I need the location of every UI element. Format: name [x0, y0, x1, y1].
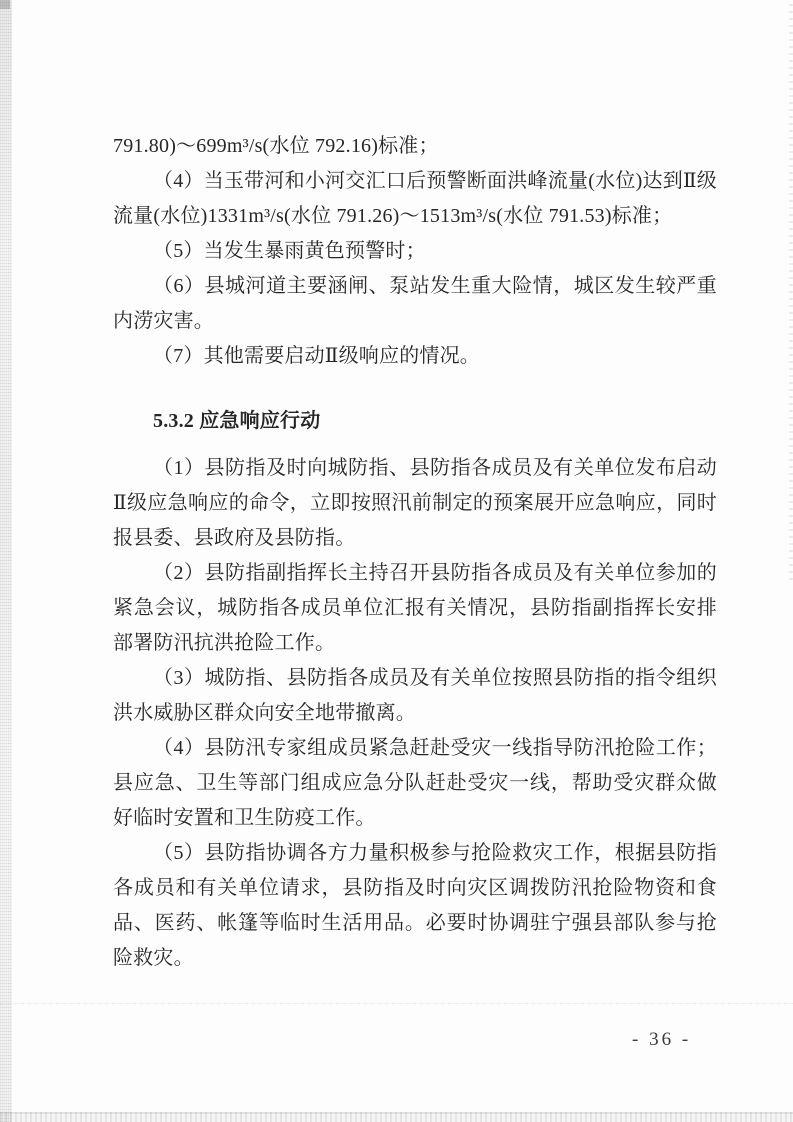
clause-7: （7）其他需要启动Ⅱ级响应的情况。 [113, 339, 717, 374]
page-number: - 36 - [632, 1027, 691, 1053]
section-heading-5-3-2: 5.3.2 应急响应行动 [113, 404, 717, 439]
action-item-5: （5）县防指协调各方力量积极参与抢险救灾工作，根据县防指各成员和有关单位请求，县… [113, 836, 717, 976]
action-item-3: （3）城防指、县防指各成员及有关单位按照县防指的指令组织洪水威胁区群众向安全地带… [113, 661, 717, 731]
clause-3-continuation-line: 791.80)～699m³/s(水位 792.16)标准； [113, 129, 717, 164]
scan-edge-left-artifact [0, 0, 12, 1122]
scan-edge-bottom-artifact [0, 1112, 793, 1122]
clause-6: （6）县城河道主要涵闸、泵站发生重大险情，城区发生较严重内涝灾害。 [113, 269, 717, 339]
clause-4: （4）当玉带河和小河交汇口后预警断面洪峰流量(水位)达到Ⅱ级流量(水位)1331… [113, 164, 717, 234]
scan-streak-artifact [0, 1003, 793, 1004]
document-body: 791.80)～699m³/s(水位 792.16)标准； （4）当玉带河和小河… [113, 129, 717, 976]
clause-5: （5）当发生暴雨黄色预警时； [113, 234, 717, 269]
action-item-2: （2）县防指副指挥长主持召开县防指各成员及有关单位参加的紧急会议，城防指各成员单… [113, 556, 717, 661]
action-item-4: （4）县防汛专家组成员紧急赶赴受灾一线指导防汛抢险工作；县应急、卫生等部门组成应… [113, 731, 717, 836]
scanned-document-page: 791.80)～699m³/s(水位 792.16)标准； （4）当玉带河和小河… [0, 0, 793, 1122]
scan-edge-right-artifact [789, 0, 793, 580]
action-item-1: （1）县防指及时向城防指、县防指各成员及有关单位发布启动Ⅱ级应急响应的命令，立即… [113, 451, 717, 556]
scan-corner-artifact [0, 0, 10, 9]
